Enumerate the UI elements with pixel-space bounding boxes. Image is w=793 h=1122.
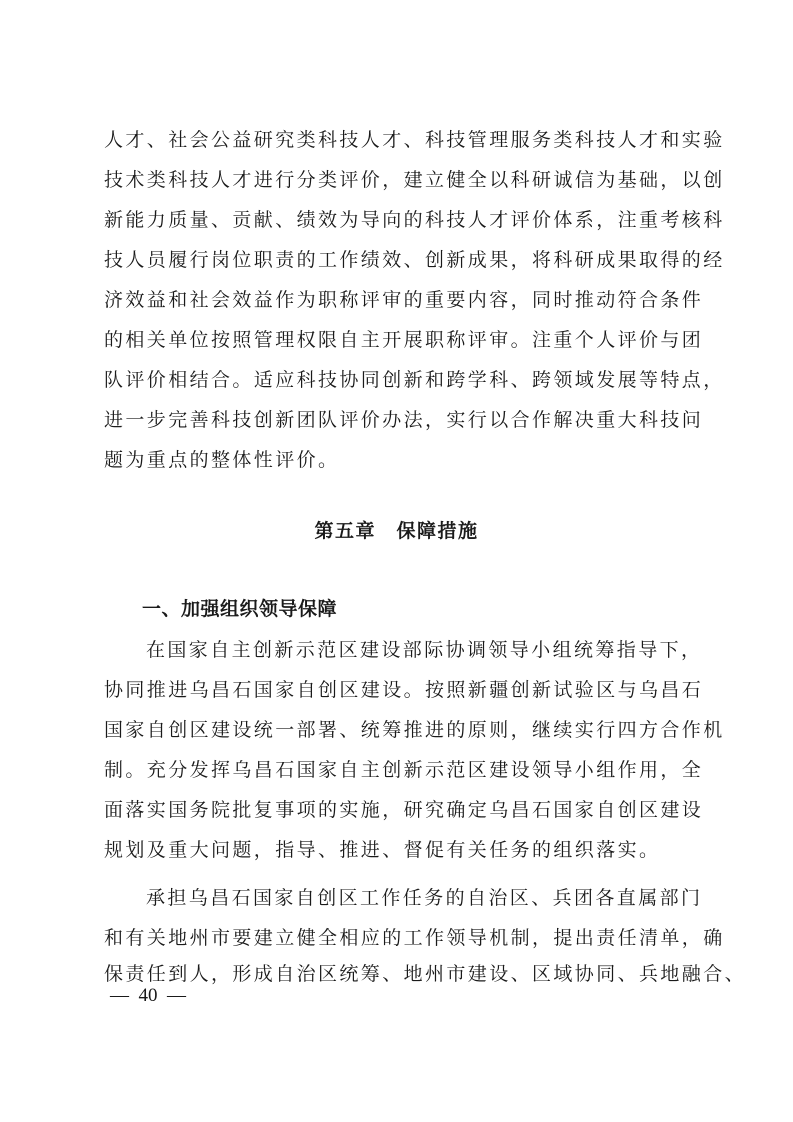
text-line: 保责任到人，形成自治区统筹、地州市建设、区域协同、兵地融合、 (104, 962, 694, 986)
text-line: 人才、社会公益研究类科技人才、科技管理服务类科技人才和实验 (104, 128, 694, 152)
text-line: 技人员履行岗位职责的工作绩效、创新成果，将科研成果取得的经 (104, 248, 694, 272)
text-line: 承担乌昌石国家自创区工作任务的自治区、兵团各直属部门 (146, 886, 694, 910)
text-line: 技术类科技人才进行分类评价，建立健全以科研诚信为基础，以创 (104, 168, 694, 192)
text-line: 面落实国务院批复事项的实施，研究确定乌昌石国家自创区建设 (104, 798, 694, 822)
text-line: 济效益和社会效益作为职称评审的重要内容，同时推动符合条件 (104, 288, 694, 312)
text-line: 队评价相结合。适应科技协同创新和跨学科、跨领域发展等特点， (104, 368, 694, 392)
text-line: 在国家自主创新示范区建设部际协调领导小组统筹指导下， (146, 638, 694, 662)
section-title: 一、加强组织领导保障 (142, 597, 337, 621)
chapter-title: 第五章 保障措施 (0, 519, 793, 543)
text-line: 和有关地州市要建立健全相应的工作领导机制，提出责任清单，确 (104, 926, 694, 950)
text-line: 新能力质量、贡献、绩效为导向的科技人才评价体系，注重考核科 (104, 208, 694, 232)
text-line: 制。充分发挥乌昌石国家自主创新示范区建设领导小组作用，全 (104, 758, 694, 782)
text-line: 进一步完善科技创新团队评价办法，实行以合作解决重大科技问 (104, 408, 694, 432)
text-line: 题为重点的整体性评价。 (104, 448, 694, 472)
text-line: 规划及重大问题，指导、推进、督促有关任务的组织落实。 (104, 838, 694, 862)
text-line: 协同推进乌昌石国家自创区建设。按照新疆创新试验区与乌昌石 (104, 678, 694, 702)
page-number: — 40 — (110, 984, 186, 1008)
text-line: 国家自创区建设统一部署、统筹推进的原则，继续实行四方合作机 (104, 718, 694, 742)
text-line: 的相关单位按照管理权限自主开展职称评审。注重个人评价与团 (104, 328, 694, 352)
document-page: 人才、社会公益研究类科技人才、科技管理服务类科技人才和实验 技术类科技人才进行分… (0, 0, 793, 1122)
